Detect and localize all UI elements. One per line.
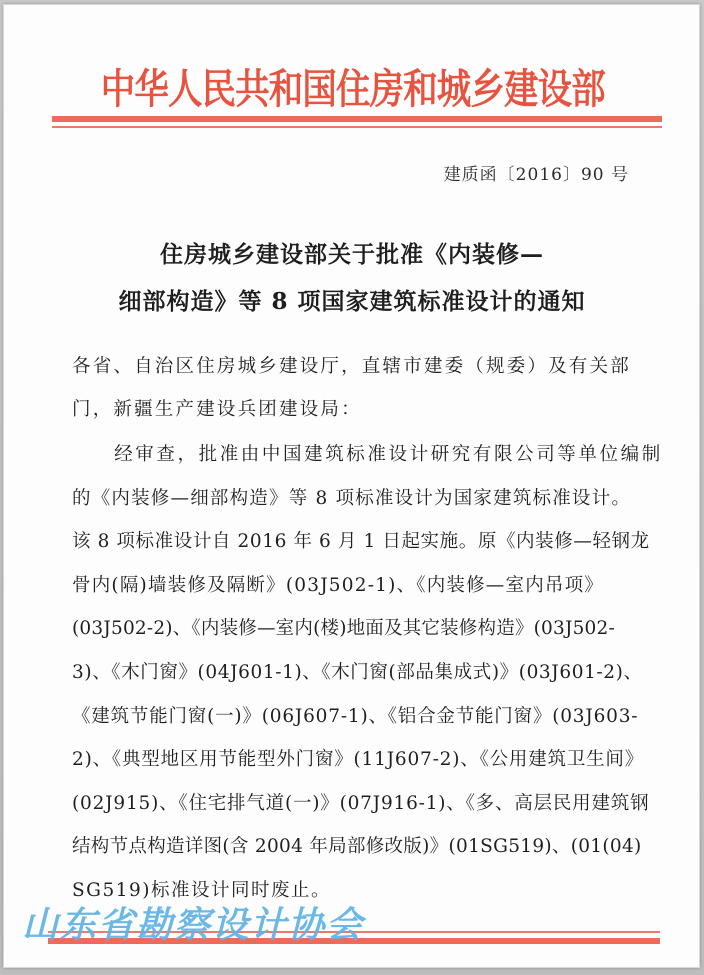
watermark-logo: 山东省勘察设计协会: [22, 897, 364, 948]
body-line: 2)、《典型地区用节能型外门窗》(11J607-2)、《公用建筑卫生间》: [72, 745, 642, 771]
body-line: (02J915)、《住宅排气道(一)》(07J916-1)、《多、高层民用建筑钢: [72, 789, 642, 815]
body-line: 该 8 项标准设计自 2016 年 6 月 1 日起实施。原《内装修—轻钢龙: [72, 527, 642, 553]
document-title-line-2: 细部构造》等 8 项国家建筑标准设计的通知: [0, 283, 704, 316]
body-line: 3)、《木门窗》(04J601-1)、《木门窗(部品集成式)》(03J601-2…: [72, 658, 642, 684]
addressee-line-1: 各省、自治区住房城乡建设厅，直辖市建委（规委）及有关部: [72, 352, 642, 378]
issuer-header: 中华人民共和国住房和城乡建设部: [57, 56, 648, 115]
header-rule-thick: [52, 116, 662, 122]
document-number: 建质函〔2016〕90 号: [444, 160, 629, 185]
body-line: 《建筑节能门窗(一)》(06J607-1)、《铝合金节能门窗》(03J603-: [72, 702, 642, 728]
body-line: 骨内(隔)墙装修及隔断》(03J502-1)、《内装修—室内吊项》: [72, 571, 642, 597]
body-line: (03J502-2)、《内装修—室内(楼)地面及其它装修构造》(03J502-: [72, 614, 642, 640]
header-rule-thin: [52, 126, 662, 128]
addressee-line-2: 门，新疆生产建设兵团建设局：: [72, 395, 642, 421]
body-line: 结构节点构造详图(含 2004 年局部修改版)》(01SG519)、(01(04…: [72, 832, 642, 858]
document-title-line-1: 住房城乡建设部关于批准《内装修—: [0, 236, 704, 269]
body-line: 经审查，批准由中国建筑标准设计研究有限公司等单位编制: [72, 440, 642, 466]
body-line: 的《内装修—细部构造》等 8 项标准设计为国家建筑标准设计。: [72, 484, 642, 510]
